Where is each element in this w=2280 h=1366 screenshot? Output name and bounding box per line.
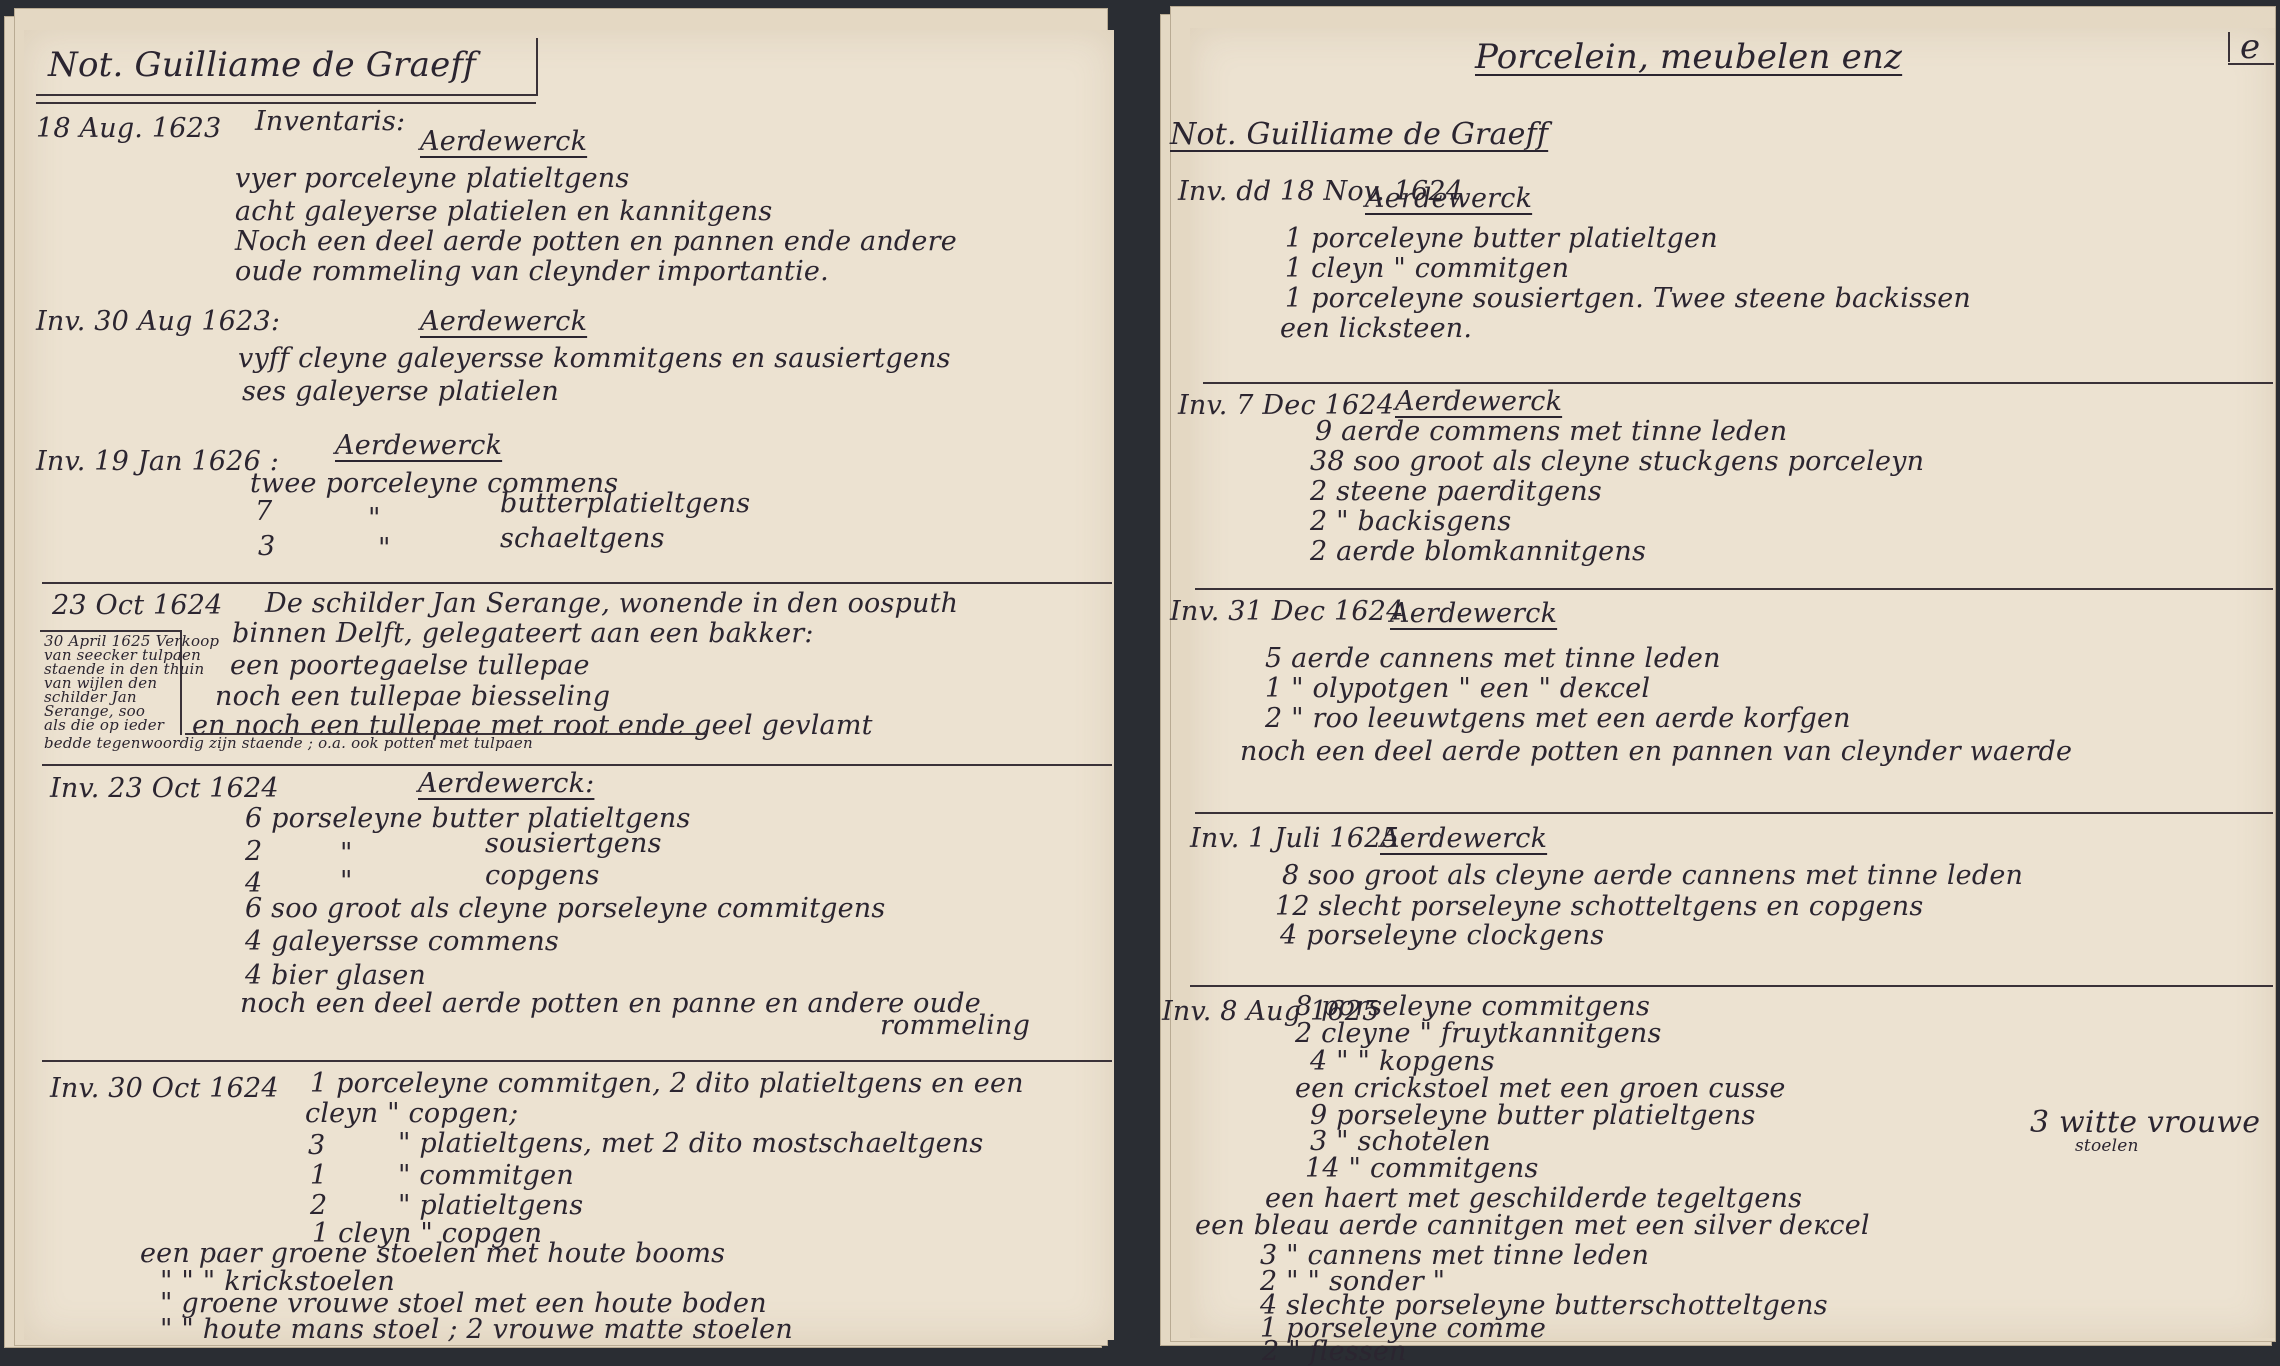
entry-line: butterplatieltgens	[500, 490, 750, 517]
entry-line: oude rommeling van cleynder importantie.	[235, 258, 829, 285]
entry-heading: Aerdewerck:	[418, 770, 594, 797]
entry-date: Inv. 7 Dec 1624	[1178, 392, 1394, 419]
entry-line: 9 aerde commens met tinne leden	[1315, 418, 1787, 445]
entry-line: " platieltgens, met 2 dito mostschaeltge…	[398, 1130, 983, 1157]
entry-line: 2 cleyne " fruytkannitgens	[1295, 1020, 1662, 1047]
entry-line: 9 porseleyne butter platieltgens	[1310, 1102, 1756, 1129]
entry-date: Inv. 1 Juli 1625	[1190, 825, 1399, 852]
entry-line: een paer groene stoelen met houte booms	[140, 1240, 725, 1267]
entry-line: copgens	[485, 862, 600, 889]
section-divider	[42, 582, 1112, 584]
entry-line: " " houte mans stoel ; 2 vrouwe matte st…	[160, 1316, 793, 1343]
entry-line: 2 " flessen	[1262, 1338, 1407, 1365]
entry-line: een bleau aerde cannitgen met een silver…	[1195, 1212, 1870, 1239]
entry-line: 1 cleyn " commitgen	[1285, 255, 1569, 282]
entry-line: een licksteen.	[1280, 315, 1472, 342]
section-divider	[1195, 588, 2273, 590]
entry-line: schaeltgens	[500, 525, 665, 552]
entry-line: noch een tullepae biesseling	[215, 683, 610, 710]
entry-line: 8 porseleyne commitgens	[1295, 993, 1650, 1020]
entry-line: De schilder Jan Serange, wonende in den …	[265, 590, 958, 617]
entry-line: een poortegaelse tullepae	[230, 652, 590, 679]
entry-line: acht galeyerse platielen en kannitgens	[235, 198, 772, 225]
side-note-line: 3 witte vrouwe	[2030, 1108, 2260, 1138]
entry-line: rommeling	[880, 1012, 1030, 1039]
entry-line: " platieltgens	[398, 1192, 583, 1219]
entry-line: 1 " olypotgen " een " deксel	[1265, 675, 1650, 702]
entry-line: 4 porseleyne clockgens	[1280, 922, 1604, 949]
entry-line: " groene vrouwe stoel met een houte bode…	[160, 1290, 767, 1317]
entry-line: 3 " cannens met tinne leden	[1260, 1242, 1649, 1269]
section-divider	[1203, 382, 2273, 384]
entry-line: 8 soo groot als cleyne aerde cannens met…	[1282, 862, 2023, 889]
entry-qty: 2	[245, 838, 262, 865]
corner-mark-bracket	[2228, 32, 2230, 62]
entry-line: 1 porceleyne butter platieltgen	[1285, 225, 1718, 252]
entry-line: 1 porceleyne commitgen, 2 dito platieltg…	[310, 1070, 1024, 1097]
side-note-line: stoelen	[2075, 1138, 2139, 1155]
entry-line: 4 bier glasen	[245, 962, 426, 989]
ditto-mark: "	[340, 840, 353, 867]
entry-label: Inventaris:	[255, 108, 405, 135]
entry-qty: 3	[258, 533, 275, 560]
entry-line: 2 " roo leeuwtgens met een aerde korfgen	[1265, 705, 1851, 732]
entry-qty: 1	[310, 1162, 327, 1189]
entry-qty: 7	[255, 498, 272, 525]
entry-line: 4 " " kopgens	[1310, 1048, 1495, 1075]
entry-heading: Aerdewerck	[1380, 825, 1547, 852]
entry-line: 2 steene paerditgens	[1310, 478, 1602, 505]
entry-line: Noch een deel aerde potten en pannen end…	[235, 228, 957, 255]
ditto-mark: "	[340, 868, 353, 895]
entry-line: 6 soo groot als cleyne porseleyne commit…	[245, 895, 885, 922]
entry-line: 12 slecht porseleyne schotteltgens en co…	[1275, 893, 1923, 920]
entry-date: Inv. 23 Oct 1624	[50, 775, 279, 802]
entry-heading: Aerdewerck	[420, 308, 587, 335]
left-header: Not. Guilliame de Graeff	[48, 48, 476, 82]
entry-qty: 2	[310, 1192, 327, 1219]
entry-date: Inv. 31 Dec 1624	[1170, 598, 1403, 625]
entry-heading: Aerdewerck	[1390, 600, 1557, 627]
entry-date: Inv. 30 Aug 1623:	[36, 308, 280, 335]
entry-qty: 3	[308, 1132, 325, 1159]
entry-line: noch een deel aerde potten en panne en a…	[240, 990, 981, 1017]
entry-line: 38 soo groot als cleyne stuckgens porcel…	[1310, 448, 1924, 475]
ditto-mark: "	[378, 535, 391, 562]
entry-date: 18 Aug. 1623	[36, 115, 221, 142]
entry-line: noch een deel aerde potten en pannen van…	[1240, 738, 2072, 765]
margin-note-line: bedde tegenwoordig zijn staende ; o.a. o…	[44, 736, 533, 751]
entry-date: 23 Oct 1624	[52, 592, 223, 619]
entry-line: sousiertgens	[485, 830, 662, 857]
entry-heading: Aerdewerck	[420, 128, 587, 155]
entry-line: " commitgen	[398, 1162, 574, 1189]
entry-line: 3 " schotelen	[1310, 1128, 1491, 1155]
entry-heading: Aerdewerck	[335, 432, 502, 459]
entry-line: 2 aerde blomkannitgens	[1310, 538, 1646, 565]
right-header: Not. Guilliame de Graeff	[1170, 120, 1548, 150]
entry-date: Inv. 30 Oct 1624	[50, 1075, 279, 1102]
entry-line: een crickstoel met een groen cusse	[1295, 1075, 1786, 1102]
entry-line: 4 galeyersse commens	[245, 928, 559, 955]
right-page-title: Porcelein, meubelen enz	[1475, 40, 1902, 74]
corner-mark: e	[2240, 30, 2260, 64]
entry-line: ses galeyerse platielen	[242, 378, 559, 405]
entry-line: vyff cleyne galeyersse kommitgens en sau…	[238, 345, 951, 372]
section-divider	[42, 764, 1112, 766]
entry-heading: Aerdewerck	[1395, 388, 1562, 415]
ditto-mark: "	[368, 505, 381, 532]
section-divider	[1190, 985, 2273, 987]
section-divider	[42, 1060, 1112, 1062]
margin-note-line: als die op ieder	[44, 718, 164, 733]
entry-date: Inv. 19 Jan 1626 :	[36, 448, 279, 475]
entry-line: binnen Delft, gelegateert aan een bakker…	[232, 620, 814, 647]
entry-line: 1 porceleyne sousiertgen. Twee steene ba…	[1285, 285, 1971, 312]
header-rule	[36, 102, 536, 104]
entry-line: 2 " backisgens	[1310, 508, 1511, 535]
section-divider	[1195, 812, 2273, 814]
entry-line: 5 aerde cannens met tinne leden	[1265, 645, 1721, 672]
entry-line: een haert met geschilderde tegeltgens	[1265, 1185, 1802, 1212]
entry-heading: Aerdewerck	[1365, 185, 1532, 212]
entry-line: 14 " commitgens	[1305, 1155, 1539, 1182]
entry-line: cleyn " copgen;	[305, 1100, 518, 1127]
entry-line: vyer porceleyne platieltgens	[235, 165, 629, 192]
